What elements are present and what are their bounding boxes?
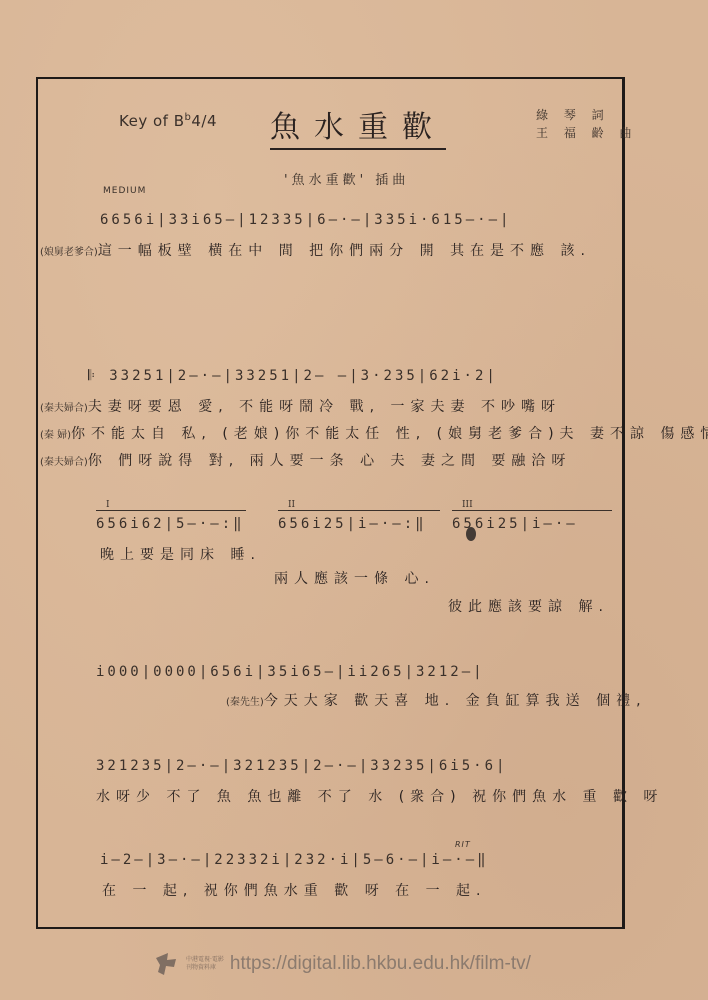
singer-role: (娘舅老爹合) [40,247,98,258]
library-name: 中港電視·電影 刊物資料庫 [186,956,224,972]
lyric-line-2c: (秦夫婦合)你 們呀說得 對, 兩人要一条 心 夫 妻之間 要融洽呀 [40,450,571,470]
lyric-line-3c: 彼此應該要諒 解. [448,596,609,616]
notation-line-4: i000|0000|656i|35i65—|ii265|3212—| [96,664,485,680]
lyric-line-3a: 晚上要是同床 睡. [100,544,261,564]
lyricist-credit: 綠 琴 詞 [536,106,637,124]
library-watermark: 中港電視·電影 刊物資料庫 https://digital.lib.hkbu.e… [152,950,531,978]
ritardando-marking: RIT [455,840,471,849]
singer-role: (秦夫婦合) [40,457,88,468]
notation-line-6: i—2—|3—·—|22332i|232·i|5—6·—|i—·—‖ [100,852,489,868]
volta-label: I [106,500,110,510]
lyric-text: 你 們呀說得 對, 兩人要一条 心 夫 妻之間 要融洽呀 [88,453,572,469]
notation-line-2: 𝄆 33251|2—·—|33251|2— —|3·235|62i·2| [88,368,498,384]
tempo-marking: MEDIUM [103,186,146,196]
ink-blot [466,527,476,541]
lyric-line-5: 水呀少 不了 魚 魚也離 不了 水 (衆合) 祝你們魚水 重 歡 呀 [96,786,663,806]
key-signature: Key of Bb4/4 [119,112,217,130]
composer-credit: 王 福 齡 曲 [536,124,637,142]
key-label: Key of B [119,112,184,130]
library-name-line1: 中港電視·電影 [186,956,224,964]
lyric-text: 今天大家 歡天喜 地. 金負缸算我送 個禮, [264,693,647,709]
lyric-text: 夫妻呀要恩 愛, 不能呀鬧冷 戰, 一家夫妻 不吵嘴呀 [88,399,561,415]
notation-line-5: 321235|2—·—|321235|2—·—|33235|6i5·6| [96,758,507,774]
song-subtitle: '魚水重歡' 插曲 [284,169,409,188]
credits: 綠 琴 詞 王 福 齡 曲 [536,106,637,142]
time-signature: 4/4 [191,112,217,130]
library-logo-icon [152,950,180,978]
volta-label: III [462,500,473,510]
volta-label: II [288,500,295,510]
lyric-line-2a: (秦夫婦合)夫妻呀要恩 愛, 不能呀鬧冷 戰, 一家夫妻 不吵嘴呀 [40,396,561,416]
singer-role: (秦 婦) [40,430,71,441]
lyric-line-2b: (秦 婦)你不能太自 私, (老娘)你不能太任 性, (娘舅老爹合)夫 妻不諒 … [40,423,708,443]
volta-notes-2: 656i25|i—·—:‖ [278,516,427,532]
lyric-line-6: 在 一 起, 祝你們魚水重 歡 呀 在 一 起. [102,880,487,900]
volta-notes-1: 656i62|5—·—:‖ [96,516,245,532]
lyric-line-1: (娘舅老爹合)這一幅板壁 横在中 間 把你們兩分 開 其在是不應 該. [40,240,591,260]
library-url-link[interactable]: https://digital.lib.hkbu.edu.hk/film-tv/ [230,953,531,975]
singer-role: (秦夫婦合) [40,403,88,414]
lyric-line-4: (秦先生)今天大家 歡天喜 地. 金負缸算我送 個禮, [226,690,647,710]
lyric-line-3b: 兩人應該一條 心. [274,568,435,588]
notation-line-1: 6656i|33i65—|12335|6—·—|335i·615—·—| [100,212,511,228]
library-name-line2: 刊物資料庫 [186,964,224,972]
lyric-text: 這一幅板壁 横在中 間 把你們兩分 開 其在是不應 該. [98,243,591,259]
singer-role: (秦先生) [226,697,264,708]
song-title: 魚水重歡 [270,102,446,150]
lyric-text: 你不能太自 私, (老娘)你不能太任 性, (娘舅老爹合)夫 妻不諒 傷感情呀, [71,426,708,442]
